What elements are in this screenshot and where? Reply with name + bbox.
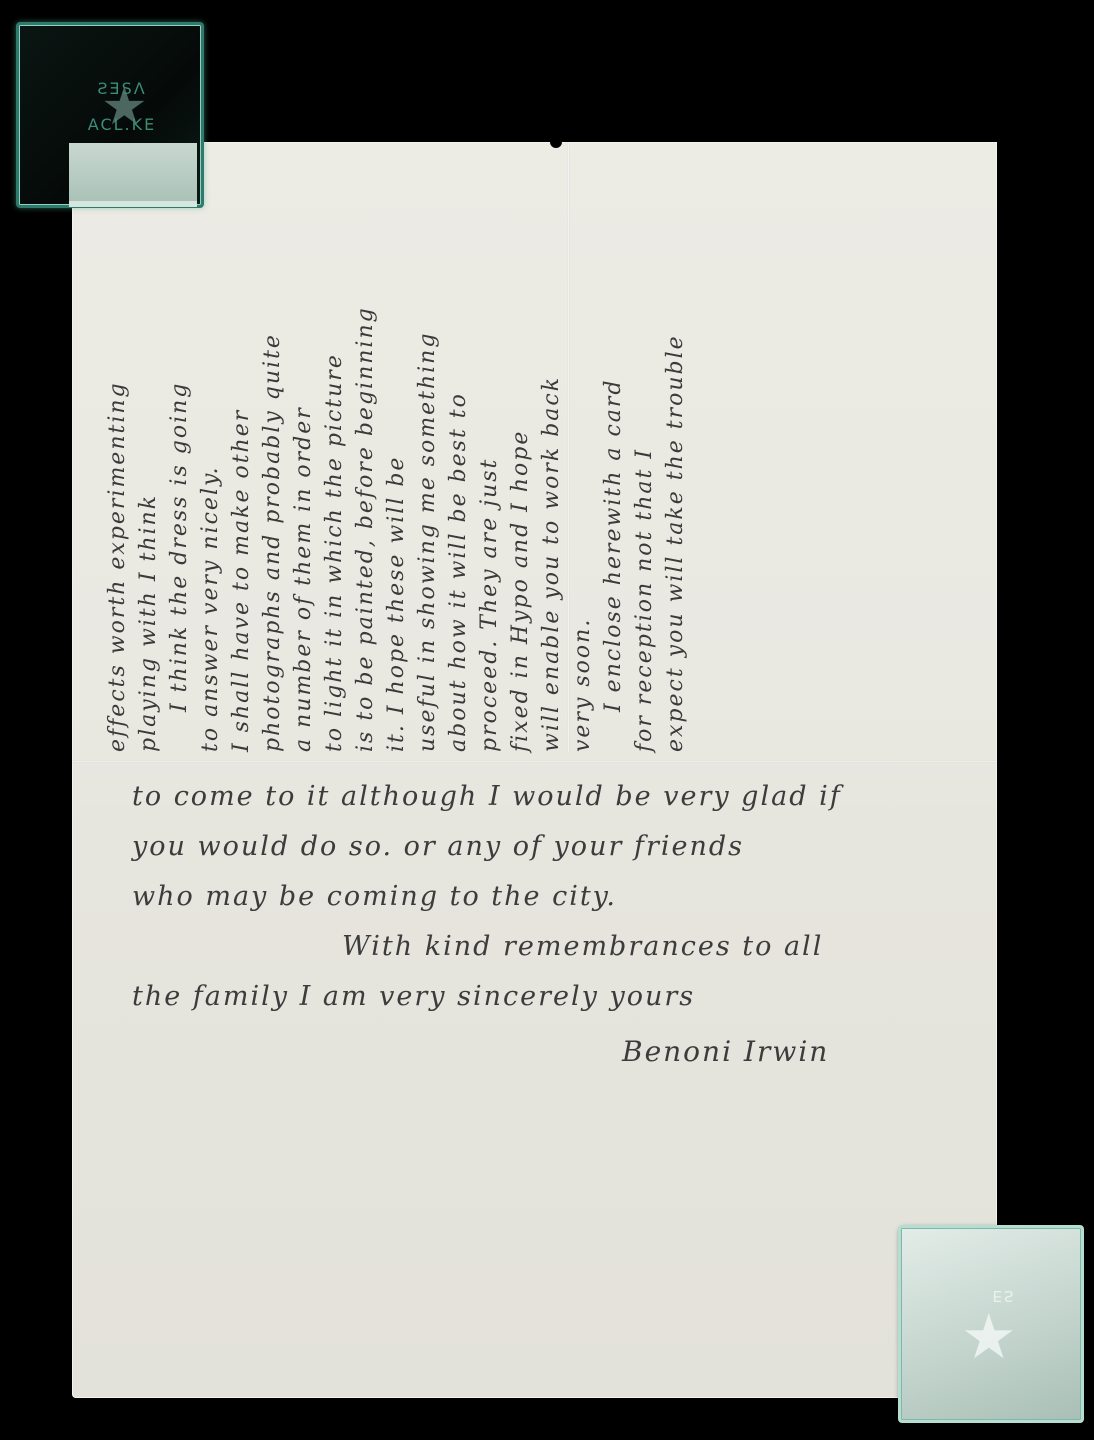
handwritten-line: you would do so. or any of your friends [132,822,972,872]
handwritten-line: I shall have to make other [226,152,257,752]
handwritten-line: it. I hope these will be [381,152,412,752]
handwritten-line: I enclose herewith a card [598,152,629,752]
paper-tear-notch [550,138,562,148]
horizontal-handwriting-section: to come to it although I would be very g… [132,772,972,1082]
handwritten-line: photographs and probably quite [257,152,288,752]
handwritten-line: expect you will take the trouble [660,152,691,752]
handwritten-line: proceed. They are just [474,152,505,752]
closing-line: With kind remembrances to all [132,922,972,972]
handwritten-line: fixed in Hypo and I hope [505,152,536,752]
paperweight-engraving: ƧƎ [957,1288,1047,1303]
handwritten-line: to come to it although I would be very g… [132,772,972,822]
star-emblem-icon: ★ [961,1300,1017,1373]
handwritten-line: useful in showing me something [412,152,443,752]
handwritten-line: I think the dress is going [164,152,195,752]
paperweight-engraving: ƧƎSɅ ACL.KE [67,81,177,133]
handwritten-line: is to be painted, before beginning [350,152,381,752]
handwritten-line: about how it will be best to [443,152,474,752]
handwritten-line: to answer very nicely. [195,152,226,752]
engraving-line-1: ƧƎSɅ [67,81,177,97]
handwritten-line: will enable you to work back [536,152,567,752]
closing-line: the family I am very sincerely yours [132,972,972,1022]
handwritten-line: to light it in which the picture [319,152,350,752]
signature: Benoni Irwin [132,1022,972,1082]
handwritten-line: effects worth experimenting [102,152,133,752]
handwritten-line: playing with I think [133,152,164,752]
letter-sheet: effects worth experimenting playing with… [72,142,997,1398]
glass-paperweight-bottom-right: ★ ƧƎ [898,1225,1084,1423]
paperweight-glass-ledge [69,143,197,207]
handwritten-line: very soon. [567,152,598,752]
handwritten-line: who may be coming to the city. [132,872,972,922]
glass-paperweight-top-left: ★ ƧƎSɅ ACL.KE [16,22,204,208]
rotated-handwriting-section: effects worth experimenting playing with… [102,152,992,752]
horizontal-fold-crease [72,760,997,763]
engraving-line-2: ACL.KE [67,117,177,133]
handwritten-line: a number of them in order [288,152,319,752]
handwritten-line: for reception not that I [629,152,660,752]
